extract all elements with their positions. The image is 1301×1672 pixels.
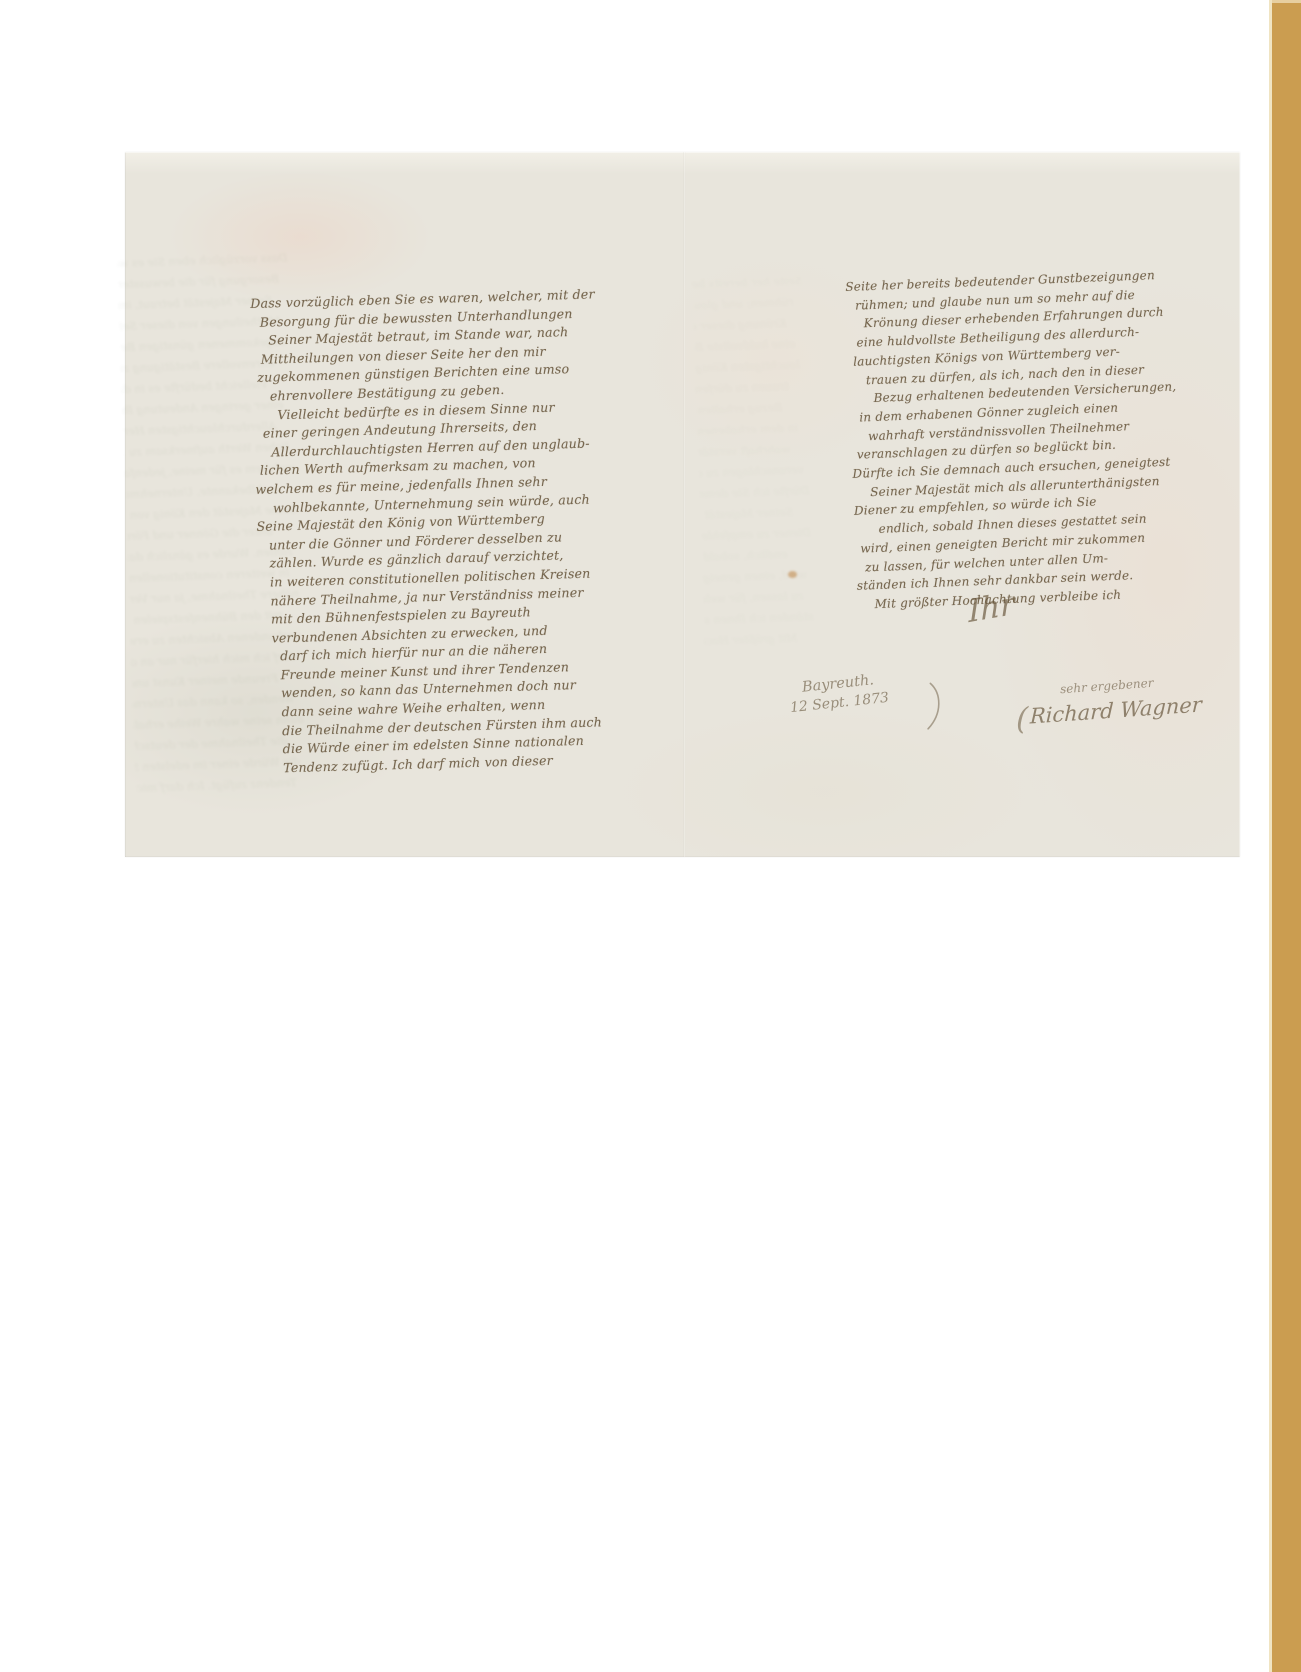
handwritten-line: Dürfte ich Sie demnach auch ersuchen, ge… bbox=[699, 480, 810, 505]
handwritten-line: ständen ich Ihnen sehr dankbar sein werd… bbox=[703, 606, 814, 631]
signature-richard-wagner: (Richard Wagner bbox=[1016, 689, 1203, 737]
valediction-ihr: Ihr bbox=[968, 586, 1016, 630]
signature-name: Richard Wagner bbox=[1030, 692, 1203, 728]
letter-scan: Dass vorzüglich eben Sie es waren, welch… bbox=[125, 152, 1240, 857]
handwritten-line: Bezug erhaltenen bedeutenden Versicherun… bbox=[696, 397, 783, 421]
handwritten-line: endlich, sobald Ihnen dieses gestattet s… bbox=[701, 544, 788, 568]
handwriting-right-page: Seite her bereits bedeutender Gunstbezei… bbox=[845, 265, 1198, 614]
date-flourish bbox=[916, 679, 947, 733]
handwritten-line: Diener zu empfehlen, so würde ich Sie bbox=[700, 522, 811, 547]
handwriting-left-page: Dass vorzüglich eben Sie es waren, welch… bbox=[250, 283, 693, 778]
gold-accent-bar bbox=[1269, 0, 1301, 1672]
signature-flourish: ( bbox=[1016, 702, 1029, 738]
handwritten-line: Mit größter Hochachtung verbleibe ich bbox=[704, 628, 798, 652]
